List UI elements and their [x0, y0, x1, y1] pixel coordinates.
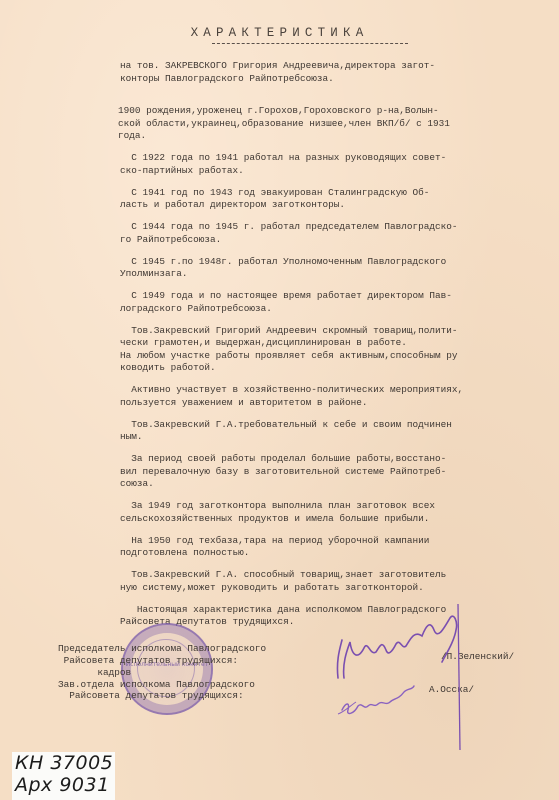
paragraph-line: ную систему,может руководить и работать … [120, 582, 556, 595]
paragraph-line: Тов.Закревский Г.А. способный товарищ,зн… [120, 569, 556, 582]
paragraph: С 1944 года по 1945 г. работал председат… [120, 221, 556, 246]
paragraph-line: С 1922 года по 1941 работал на разных ру… [120, 152, 556, 165]
paragraph-line: ласть и работал директором заготконторы. [120, 199, 556, 212]
archive-label: КН 37005 Арх 9031 [12, 752, 115, 800]
paragraph: С 1949 года и по настоящее время работае… [120, 290, 556, 315]
paragraph-line: подготовлена полностью. [120, 547, 556, 560]
archive-label-line-1: КН 37005 [12, 752, 115, 774]
paragraph: Тов.Закревский Г.А. способный товарищ,зн… [120, 569, 556, 594]
title-underline [212, 43, 408, 44]
paragraph-line: На любом участке работы проявляет себя а… [120, 350, 556, 363]
paragraph-line: 1900 рождения,уроженец г.Горохов,Горохов… [118, 105, 556, 118]
paragraph-line: на тов. ЗАКРЕВСКОГО Григория Андреевича,… [120, 60, 556, 73]
paragraph-line: конторы Павлоградского Райпотребсоюза. [120, 73, 556, 86]
document-title: ХАРАКТЕРИСТИКА [0, 26, 559, 40]
paragraph: С 1941 год по 1943 год эвакуирован Стали… [120, 187, 556, 212]
signatory-title-line: кадров [58, 667, 358, 679]
signature-ossa [336, 680, 456, 750]
paragraph-line: За период своей работы проделал большие … [120, 453, 556, 466]
signatory-title-line: Райсовета депутатов трудящихся: [58, 655, 358, 667]
paragraph: За период своей работы проделал большие … [120, 453, 556, 491]
paragraph: С 1922 года по 1941 работал на разных ру… [120, 152, 556, 177]
paragraph-line: На 1950 год техбаза,тара на период уборо… [120, 535, 556, 548]
paragraph-line: ным. [120, 431, 556, 444]
signatory-title-line: Зав.отдела исполкома Павлоградского [58, 679, 358, 691]
paragraph: На 1950 год техбаза,тара на период уборо… [120, 535, 556, 560]
paragraph-line: Уполминзага. [120, 268, 556, 281]
paragraph-line: вил перевалочную базу в заготовительной … [120, 466, 556, 479]
paragraph-line: За 1949 год заготконтора выполнила план … [120, 500, 556, 513]
paragraph-line: союза. [120, 478, 556, 491]
paragraph: 1900 рождения,уроженец г.Горохов,Горохов… [118, 105, 556, 143]
archive-label-line-2: Арх 9031 [12, 774, 115, 796]
paragraph-line: Тов.Закревский Г.А.требовательный к себе… [120, 419, 556, 432]
paragraph-line: го Райпотребсоюза. [120, 234, 556, 247]
paragraph-line: ской области,украинец,образование низшее… [118, 118, 556, 131]
signatory-title-line: Председатель исполкома Павлоградского [58, 643, 358, 655]
paragraph: С 1945 г.по 1948г. работал Уполномоченны… [120, 256, 556, 281]
paragraph-line: чески грамотен,и выдержан,дисциплинирова… [120, 337, 556, 350]
signatory-title-line: Райсовета депутатов трудящихся: [58, 690, 358, 702]
paragraph: на тов. ЗАКРЕВСКОГО Григория Андреевича,… [120, 60, 556, 85]
paragraph-line: ско-партийных работах. [120, 165, 556, 178]
paragraph-line: пользуется уважением и авторитетом в рай… [120, 397, 556, 410]
paragraph-line: С 1949 года и по настоящее время работае… [120, 290, 556, 303]
paragraph-line: Тов.Закревский Григорий Андреевич скромн… [120, 325, 556, 338]
paragraph-line: С 1941 год по 1943 год эвакуирован Стали… [120, 187, 556, 200]
paragraph-line: С 1945 г.по 1948г. работал Уполномоченны… [120, 256, 556, 269]
paragraph-line: С 1944 года по 1945 г. работал председат… [120, 221, 556, 234]
paragraph: Тов.Закревский Г.А.требовательный к себе… [120, 419, 556, 444]
paragraph-line: лоградского Райпотребсоюза. [120, 303, 556, 316]
signatory-title: Председатель исполкома Павлоградского Ра… [58, 643, 358, 666]
paragraph: Активно участвует в хозяйственно-политич… [120, 384, 556, 409]
paragraph: Тов.Закревский Григорий Андреевич скромн… [120, 325, 556, 375]
paragraph-line: года. [118, 130, 556, 143]
paragraph: За 1949 год заготконтора выполнила план … [120, 500, 556, 525]
paragraph-line: сельскохозяйственных продуктов и имела б… [120, 513, 556, 526]
document-body: на тов. ЗАКРЕВСКОГО Григория Андреевича,… [120, 60, 556, 638]
paragraph-line: Активно участвует в хозяйственно-политич… [120, 384, 556, 397]
signatory-titles: Председатель исполкома Павлоградского Ра… [58, 643, 358, 702]
paragraph-line: ководить работой. [120, 362, 556, 375]
signatory-title: кадровЗав.отдела исполкома Павлоградског… [58, 667, 358, 702]
